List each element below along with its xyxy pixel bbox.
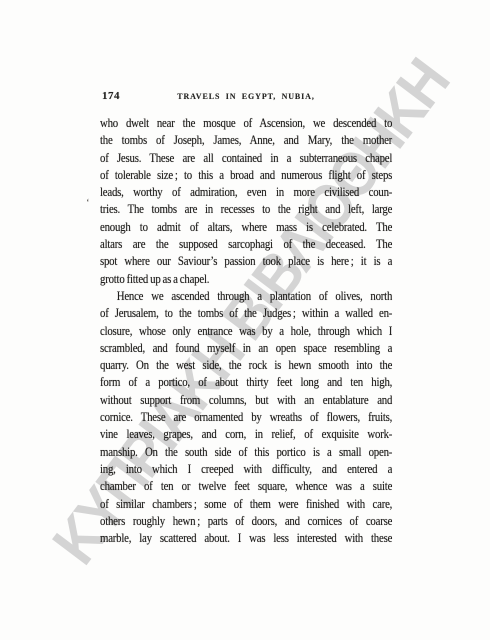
text-line: spot where our Saviour’s passion took pl… xyxy=(100,253,392,270)
text-line: manship. On the south side of this porti… xyxy=(100,444,392,461)
text-line: of Jesus. These are all contained in a s… xyxy=(100,150,392,167)
text-line: quarry. On the west side, the rock is he… xyxy=(100,357,392,374)
text-line: others roughly hewn ; parts of doors, an… xyxy=(100,513,392,530)
text-line: the tombs of Joseph, James, Anne, and Ma… xyxy=(100,132,392,149)
text-line: tries. The tombs are in recesses to the … xyxy=(100,201,392,218)
text-line: altars are the supposed sarcophagi of th… xyxy=(100,236,392,253)
text-line: enough to admit of altars, where mass is… xyxy=(100,219,392,236)
running-title: TRAVELS IN EGYPT, NUBIA, xyxy=(100,92,392,101)
text-line: scrambled, and found myself in an open s… xyxy=(100,340,392,357)
text-line: grotto fitted up as a chapel. xyxy=(100,271,392,288)
text-line: without support from columns, but with a… xyxy=(100,392,392,409)
text-line: ing, into which I creeped with difficult… xyxy=(100,461,392,478)
text-line: form of a portico, of about thirty feet … xyxy=(100,374,392,391)
text-line: marble, lay scattered about. I was less … xyxy=(100,530,392,547)
text-line: Hence we ascended through a plantation o… xyxy=(100,288,392,305)
margin-artifact-mark: ‘ xyxy=(86,197,90,209)
page-number: 174 xyxy=(102,90,120,102)
book-page-scan: ΚΥΠΡΙΑΚΗ ΒΙΒΛΙΟΘΗΚΗ 174 TRAVELS IN EGYPT… xyxy=(0,0,490,640)
text-line: chamber of ten or twelve feet square, wh… xyxy=(100,478,392,495)
text-line: vine leaves, grapes, and corn, in relief… xyxy=(100,426,392,443)
running-head: 174 TRAVELS IN EGYPT, NUBIA, xyxy=(100,92,392,101)
body-text: who dwelt near the mosque of Ascension, … xyxy=(100,115,392,547)
text-line: of similar chambers ; some of them were … xyxy=(100,496,392,513)
text-line: who dwelt near the mosque of Ascension, … xyxy=(100,115,392,132)
text-line: leads, worthy of admiration, even in mor… xyxy=(100,184,392,201)
text-line: cornice. These are ornamented by wreaths… xyxy=(100,409,392,426)
text-line: of tolerable size ; to this a broad and … xyxy=(100,167,392,184)
text-line: of Jerusalem, to the tombs of the Judges… xyxy=(100,305,392,322)
text-line: closure, whose only entrance was by a ho… xyxy=(100,323,392,340)
